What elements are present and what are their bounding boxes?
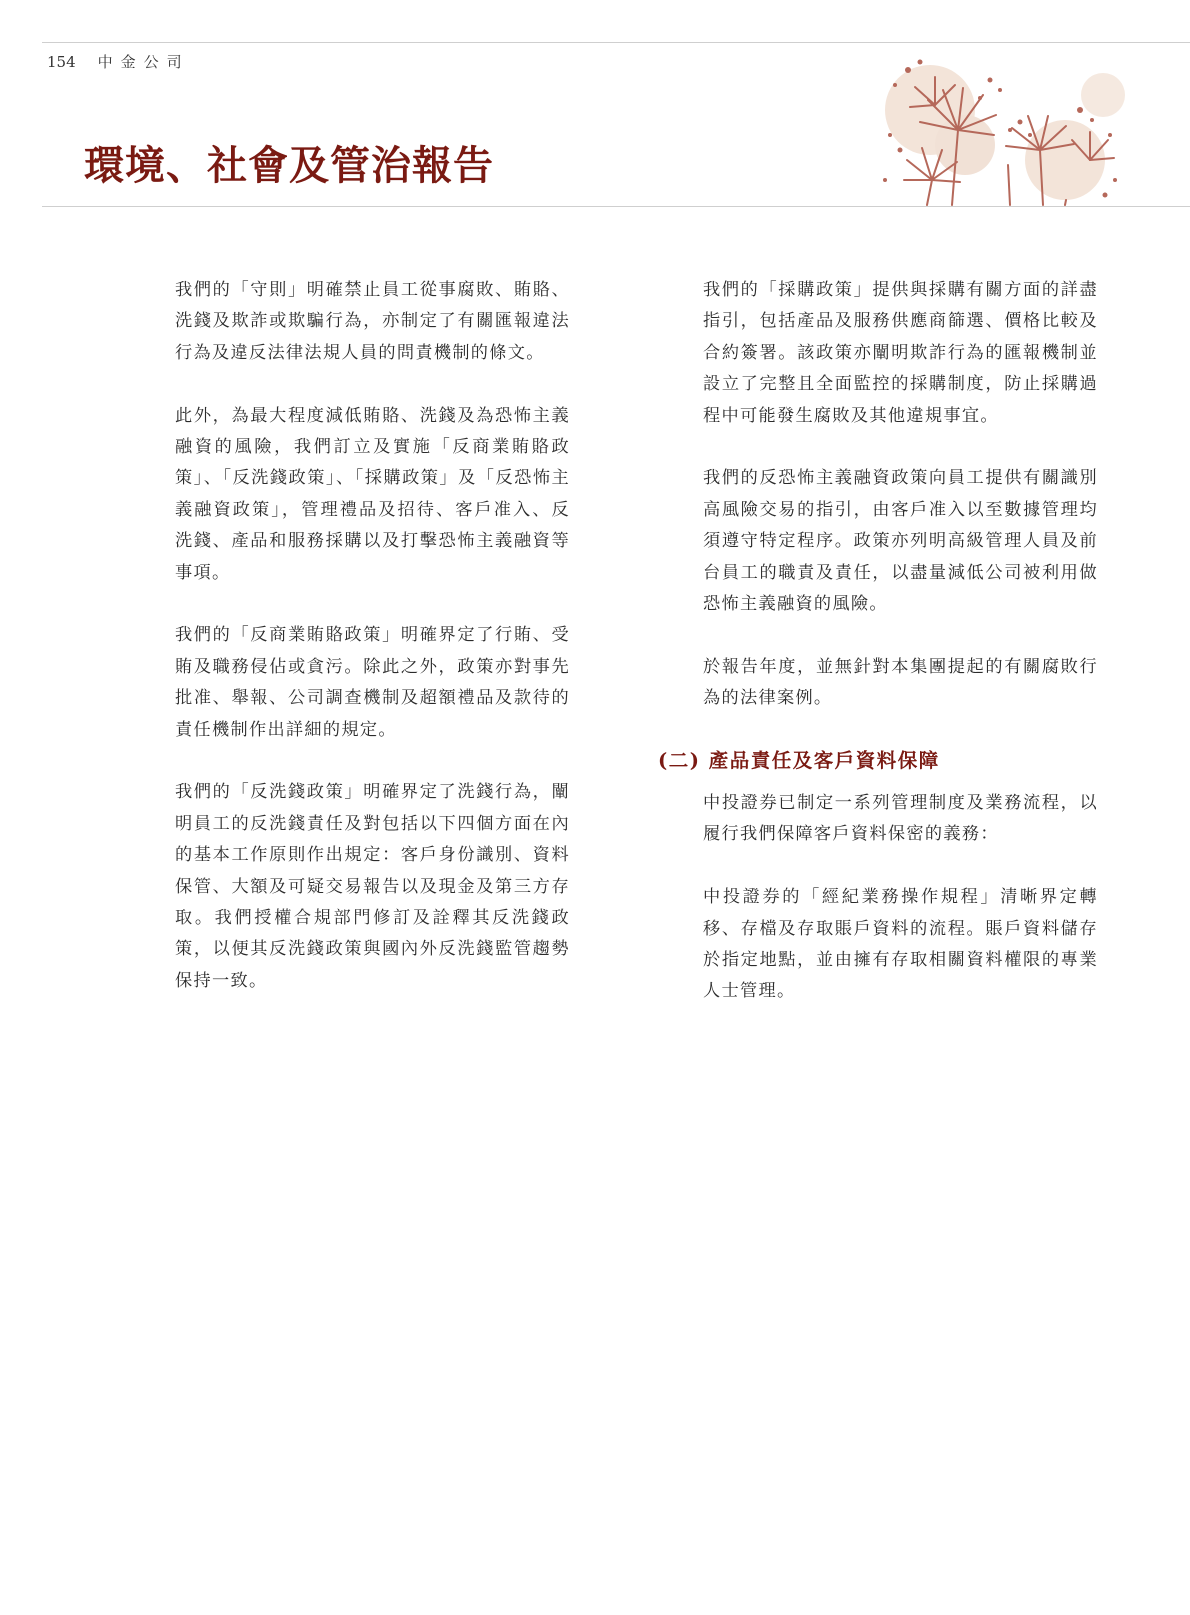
page-number: 154 <box>47 53 76 71</box>
dandelion-illustration-icon <box>880 50 1130 206</box>
paragraph-brokerage-rules: 中投證券的「經紀業務操作規程」清晰界定轉移、存檔及存取賬戶資料的流程。賬戶資料儲… <box>703 882 1098 1008</box>
paragraph-anti-bribery: 我們的「反商業賄賂政策」明確界定了行賄、受賄及職務侵佔或貪污。除此之外，政策亦對… <box>175 620 570 746</box>
running-header: 154 中金公司 <box>47 51 190 72</box>
paragraph-counter-terrorism-financing: 我們的反恐怖主義融資政策向員工提供有關識別高風險交易的指引，由客戶准入以至數據管… <box>703 463 1098 620</box>
paragraph-policies: 此外，為最大程度減低賄賂、洗錢及為恐怖主義融資的風險，我們訂立及實施「反商業賄賂… <box>175 401 570 589</box>
paragraph-procurement: 我們的「採購政策」提供與採購有關方面的詳盡指引，包括產品及服務供應商篩選、價格比… <box>703 275 1098 432</box>
company-name: 中金公司 <box>98 51 190 72</box>
header-bottom-rule <box>42 206 1190 207</box>
page-title: 環境、社會及管治報告 <box>84 146 494 186</box>
paragraph-code-of-conduct: 我們的「守則」明確禁止員工從事腐敗、賄賂、洗錢及欺詐或欺騙行為，亦制定了有關匯報… <box>175 275 570 369</box>
paragraph-legal-cases: 於報告年度，並無針對本集團提起的有關腐敗行為的法律案例。 <box>703 652 1098 715</box>
right-column: 我們的「採購政策」提供與採購有關方面的詳盡指引，包括產品及服務供應商篩選、價格比… <box>703 275 1098 1039</box>
paragraph-anti-money-laundering: 我們的「反洗錢政策」明確界定了洗錢行為，闡明員工的反洗錢責任及對包括以下四個方面… <box>175 777 570 997</box>
paragraph-client-data-intro: 中投證券已制定一系列管理制度及業務流程，以履行我們保障客戶資料保密的義務： <box>703 788 1098 851</box>
left-column: 我們的「守則」明確禁止員工從事腐敗、賄賂、洗錢及欺詐或欺騙行為，亦制定了有關匯報… <box>175 275 570 1029</box>
section-heading-product-responsibility: (二) 產品責任及客戶資料保障 <box>658 744 1098 778</box>
header-top-rule <box>42 42 1190 43</box>
